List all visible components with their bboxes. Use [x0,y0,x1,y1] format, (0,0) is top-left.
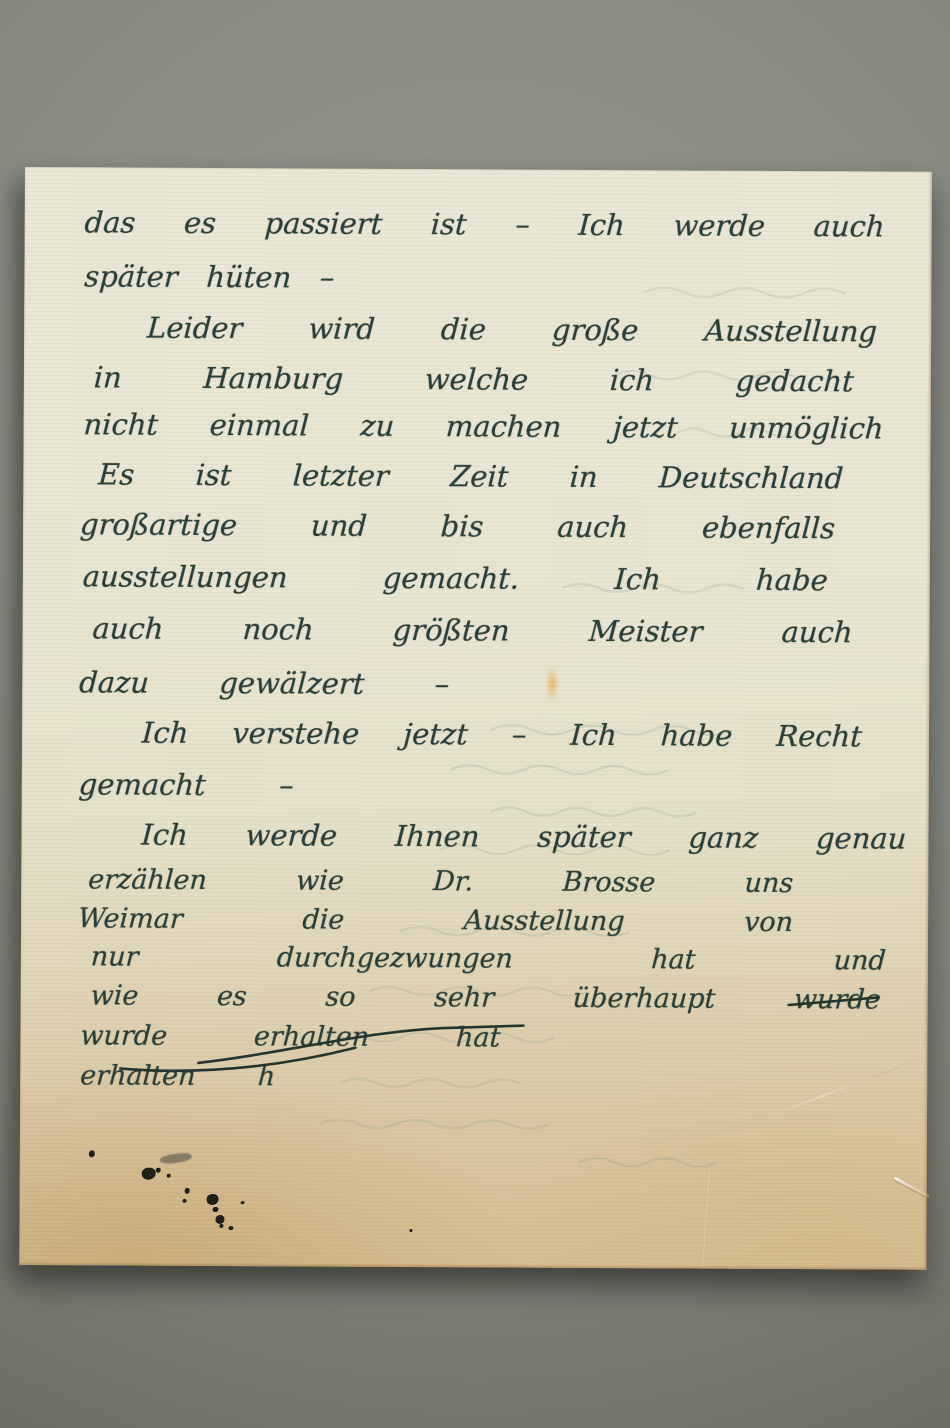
handwriting-line: ausstellungengemacht.Ichhabe [82,559,829,597]
handwriting-line: gemacht– [78,767,295,802]
handwriting-line: dazugewälzert– [78,665,450,701]
handwriting-line: erhaltenh [79,1059,276,1094]
photo-background: dasespassiertist–Ichwerdeauchspäterhüten… [0,0,950,1428]
handwriting-line: EsistletzterZeitinDeutschland [97,457,844,495]
handwriting-line: inHamburgwelcheichgedacht [93,360,855,398]
handwriting-line: nurdurchgezwungenhatund [90,940,887,978]
handwriting-line: großartigeundbisauchebenfalls [79,507,836,545]
handwriting-line: wieessosehrüberhauptwurde [90,979,882,1017]
handwriting-line: IchwerdeIhnenspäterganzgenau [141,818,908,856]
handwriting-line: Ichverstehejetzt–IchhabeRecht [141,716,863,754]
handwriting-line: nichteinmalzumachenjetztunmöglich [83,407,885,445]
handwriting-line: dasespassiertist–Ichwerdeauch [84,205,886,243]
handwriting-line: späterhüten– [83,259,335,294]
handwriting-line: wurdeerhaltenhat [79,1019,501,1055]
handwriting-line: erzählenwieDr.Brosseuns [87,863,794,901]
handwriting-line: WeimardieAusstellungvon [77,902,794,940]
handwriting-line: LeiderwirddiegroßeAusstellung [146,311,878,349]
handwriting-line: auchnochgrößtenMeisterauch [92,611,854,649]
orange-stain [545,667,559,701]
letter-page: dasespassiertist–Ichwerdeauchspäterhüten… [19,167,932,1270]
